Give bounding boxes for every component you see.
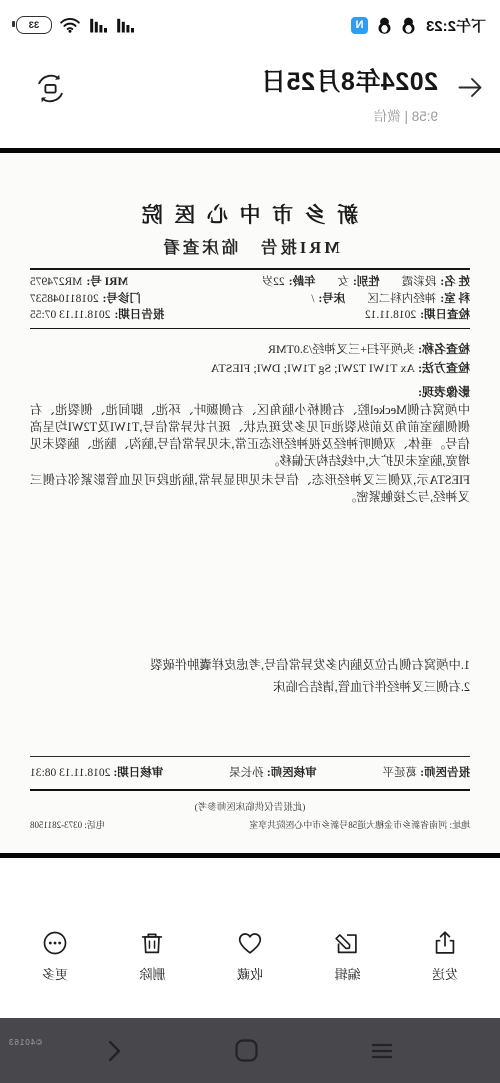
sex-value: 女 xyxy=(337,274,349,291)
patient-info: 姓 名:段彩霞 性别:女 年龄:22岁 MRI 号:MR274975 科 室:神… xyxy=(30,274,470,324)
review-doctor-name: 孙长杲 xyxy=(229,767,264,779)
mri-no-value: MR274975 xyxy=(30,274,82,291)
more-button[interactable]: 更多 xyxy=(26,928,84,983)
outpatient-no-value: 201811048537 xyxy=(30,291,99,308)
photo-date-title: 2024年8月25日 xyxy=(261,62,438,98)
age-value: 22岁 xyxy=(262,274,285,291)
exam-method-value: Ax T1WI T2WI; Sg T1WI; DWI; FIESTA xyxy=(211,361,415,375)
favorite-label: 收藏 xyxy=(237,964,263,983)
send-icon xyxy=(430,928,460,958)
delete-button[interactable]: 删除 xyxy=(124,928,182,983)
report-disclaimer: (此报告仅供临床医师参考) xyxy=(30,799,470,813)
name-label: 姓 名: xyxy=(440,274,470,291)
watermark-text: ©40163 xyxy=(8,1038,42,1047)
divider xyxy=(30,756,470,757)
favorite-button[interactable]: 收藏 xyxy=(221,928,279,983)
dept-value: 神经内科二区 xyxy=(367,291,436,308)
dept-label: 科 室: xyxy=(440,291,470,308)
bed-label: 床号: xyxy=(318,291,345,308)
edit-icon xyxy=(333,928,363,958)
cellular-signal-icon xyxy=(88,18,107,33)
delete-label: 删除 xyxy=(140,964,166,983)
edit-label: 编辑 xyxy=(335,964,361,983)
app-notification-icon: N xyxy=(351,17,368,34)
cellular-signal-icon xyxy=(115,18,134,33)
qq-notification-icon xyxy=(377,17,392,34)
more-icon xyxy=(40,928,70,958)
report-date-value: 2018.11.13 07:55 xyxy=(30,307,110,324)
report-doctor-name: 葛延平 xyxy=(383,767,418,779)
battery-icon: 33 xyxy=(16,16,52,34)
hospital-phone: 电话: 0373-2811508 xyxy=(30,818,105,831)
hospital-address: 地址: 河南省新乡市金穗大道58号新乡市中心医院共享室 xyxy=(249,818,470,831)
heart-icon xyxy=(235,928,265,958)
rotate-icon[interactable] xyxy=(32,70,69,107)
mirrored-phone-screen: 下午2:23 N 33 202 xyxy=(0,0,500,1083)
bed-value: / xyxy=(311,291,314,308)
report-date-label: 报告日期: xyxy=(114,307,164,324)
home-icon[interactable] xyxy=(236,1039,259,1062)
sex-label: 性别: xyxy=(353,274,380,291)
edit-button[interactable]: 编辑 xyxy=(319,928,377,983)
findings-paragraph: FIESTA示,双侧三叉神经形态、信号未见明显异常,脑池段可见血管影紧邻右侧三叉… xyxy=(30,472,470,506)
exam-date-value: 2018.11.12 xyxy=(365,307,416,324)
name-value: 段彩霞 xyxy=(402,274,437,291)
status-bar: 下午2:23 N 33 xyxy=(0,0,500,42)
photo-time-source: 9:58 | 微信 xyxy=(261,105,438,125)
findings-paragraph: 中颅窝右侧Meckel腔、右侧桥小脑角区、右侧颞叶、环池、脚间池、侧裂池、右侧侧… xyxy=(30,402,470,470)
battery-percent: 33 xyxy=(29,20,40,31)
hospital-name: 新乡市中心医院 xyxy=(30,199,470,229)
mri-report-photo[interactable]: 新乡市中心医院 MRI报告 临床查看 姓 名:段彩霞 性别:女 年龄:22岁 M… xyxy=(0,153,500,853)
impression-line: 2.右侧三叉神经伴行血管,请结合临床 xyxy=(30,676,470,698)
navigation-bar: ©40163 xyxy=(0,1018,500,1083)
review-date-label: 审核日期: xyxy=(113,767,163,779)
exam-name-value: 头颅平扫+三叉神经/3.0TMR xyxy=(268,342,415,356)
report-doctor-label: 报告医师: xyxy=(420,767,470,779)
mri-no-label: MRI 号: xyxy=(86,274,128,291)
gallery-header: 2024年8月25日 9:58 | 微信 xyxy=(0,42,500,148)
signature-row: 报告医师:葛延平 审核医师:孙长杲 审核日期:2018.11.13 08:31 xyxy=(30,764,470,780)
exam-method-label: 检查方法: xyxy=(418,361,470,375)
more-label: 更多 xyxy=(42,964,68,983)
action-toolbar: 发送 编辑 收藏 删除 xyxy=(0,858,500,983)
divider xyxy=(30,789,470,791)
wifi-icon xyxy=(60,17,80,33)
qq-notification-icon xyxy=(401,17,416,34)
back-arrow-icon[interactable] xyxy=(457,76,484,99)
clock: 下午2:23 xyxy=(426,15,486,36)
divider xyxy=(30,328,470,329)
findings-label: 影像表现: xyxy=(30,383,470,400)
send-button[interactable]: 发送 xyxy=(416,928,474,983)
divider xyxy=(30,268,470,270)
send-label: 发送 xyxy=(432,964,458,983)
menu-icon[interactable] xyxy=(372,1043,392,1059)
review-doctor-label: 审核医师: xyxy=(267,767,317,779)
report-title: MRI报告 临床查看 xyxy=(30,234,470,258)
trash-icon xyxy=(138,928,168,958)
age-label: 年龄: xyxy=(289,274,316,291)
toolbar-section: 发送 编辑 收藏 删除 xyxy=(0,858,500,1018)
exam-name-label: 检查名称: xyxy=(418,342,470,356)
exam-date-label: 检查日期: xyxy=(420,307,470,324)
back-chevron-icon[interactable] xyxy=(108,1040,122,1062)
review-date-value: 2018.11.13 08:31 xyxy=(30,767,110,779)
impression: 1.中颅窝右侧占位及脑内多发异常信号,考虑皮样囊肿伴破裂 2.右侧三叉神经伴行血… xyxy=(30,654,470,698)
hospital-contact-row: 地址: 河南省新乡市金穗大道58号新乡市中心医院共享室 电话: 0373-281… xyxy=(30,818,470,831)
outpatient-no-label: 门诊号: xyxy=(103,291,141,308)
impression-line: 1.中颅窝右侧占位及脑内多发异常信号,考虑皮样囊肿伴破裂 xyxy=(30,654,470,676)
